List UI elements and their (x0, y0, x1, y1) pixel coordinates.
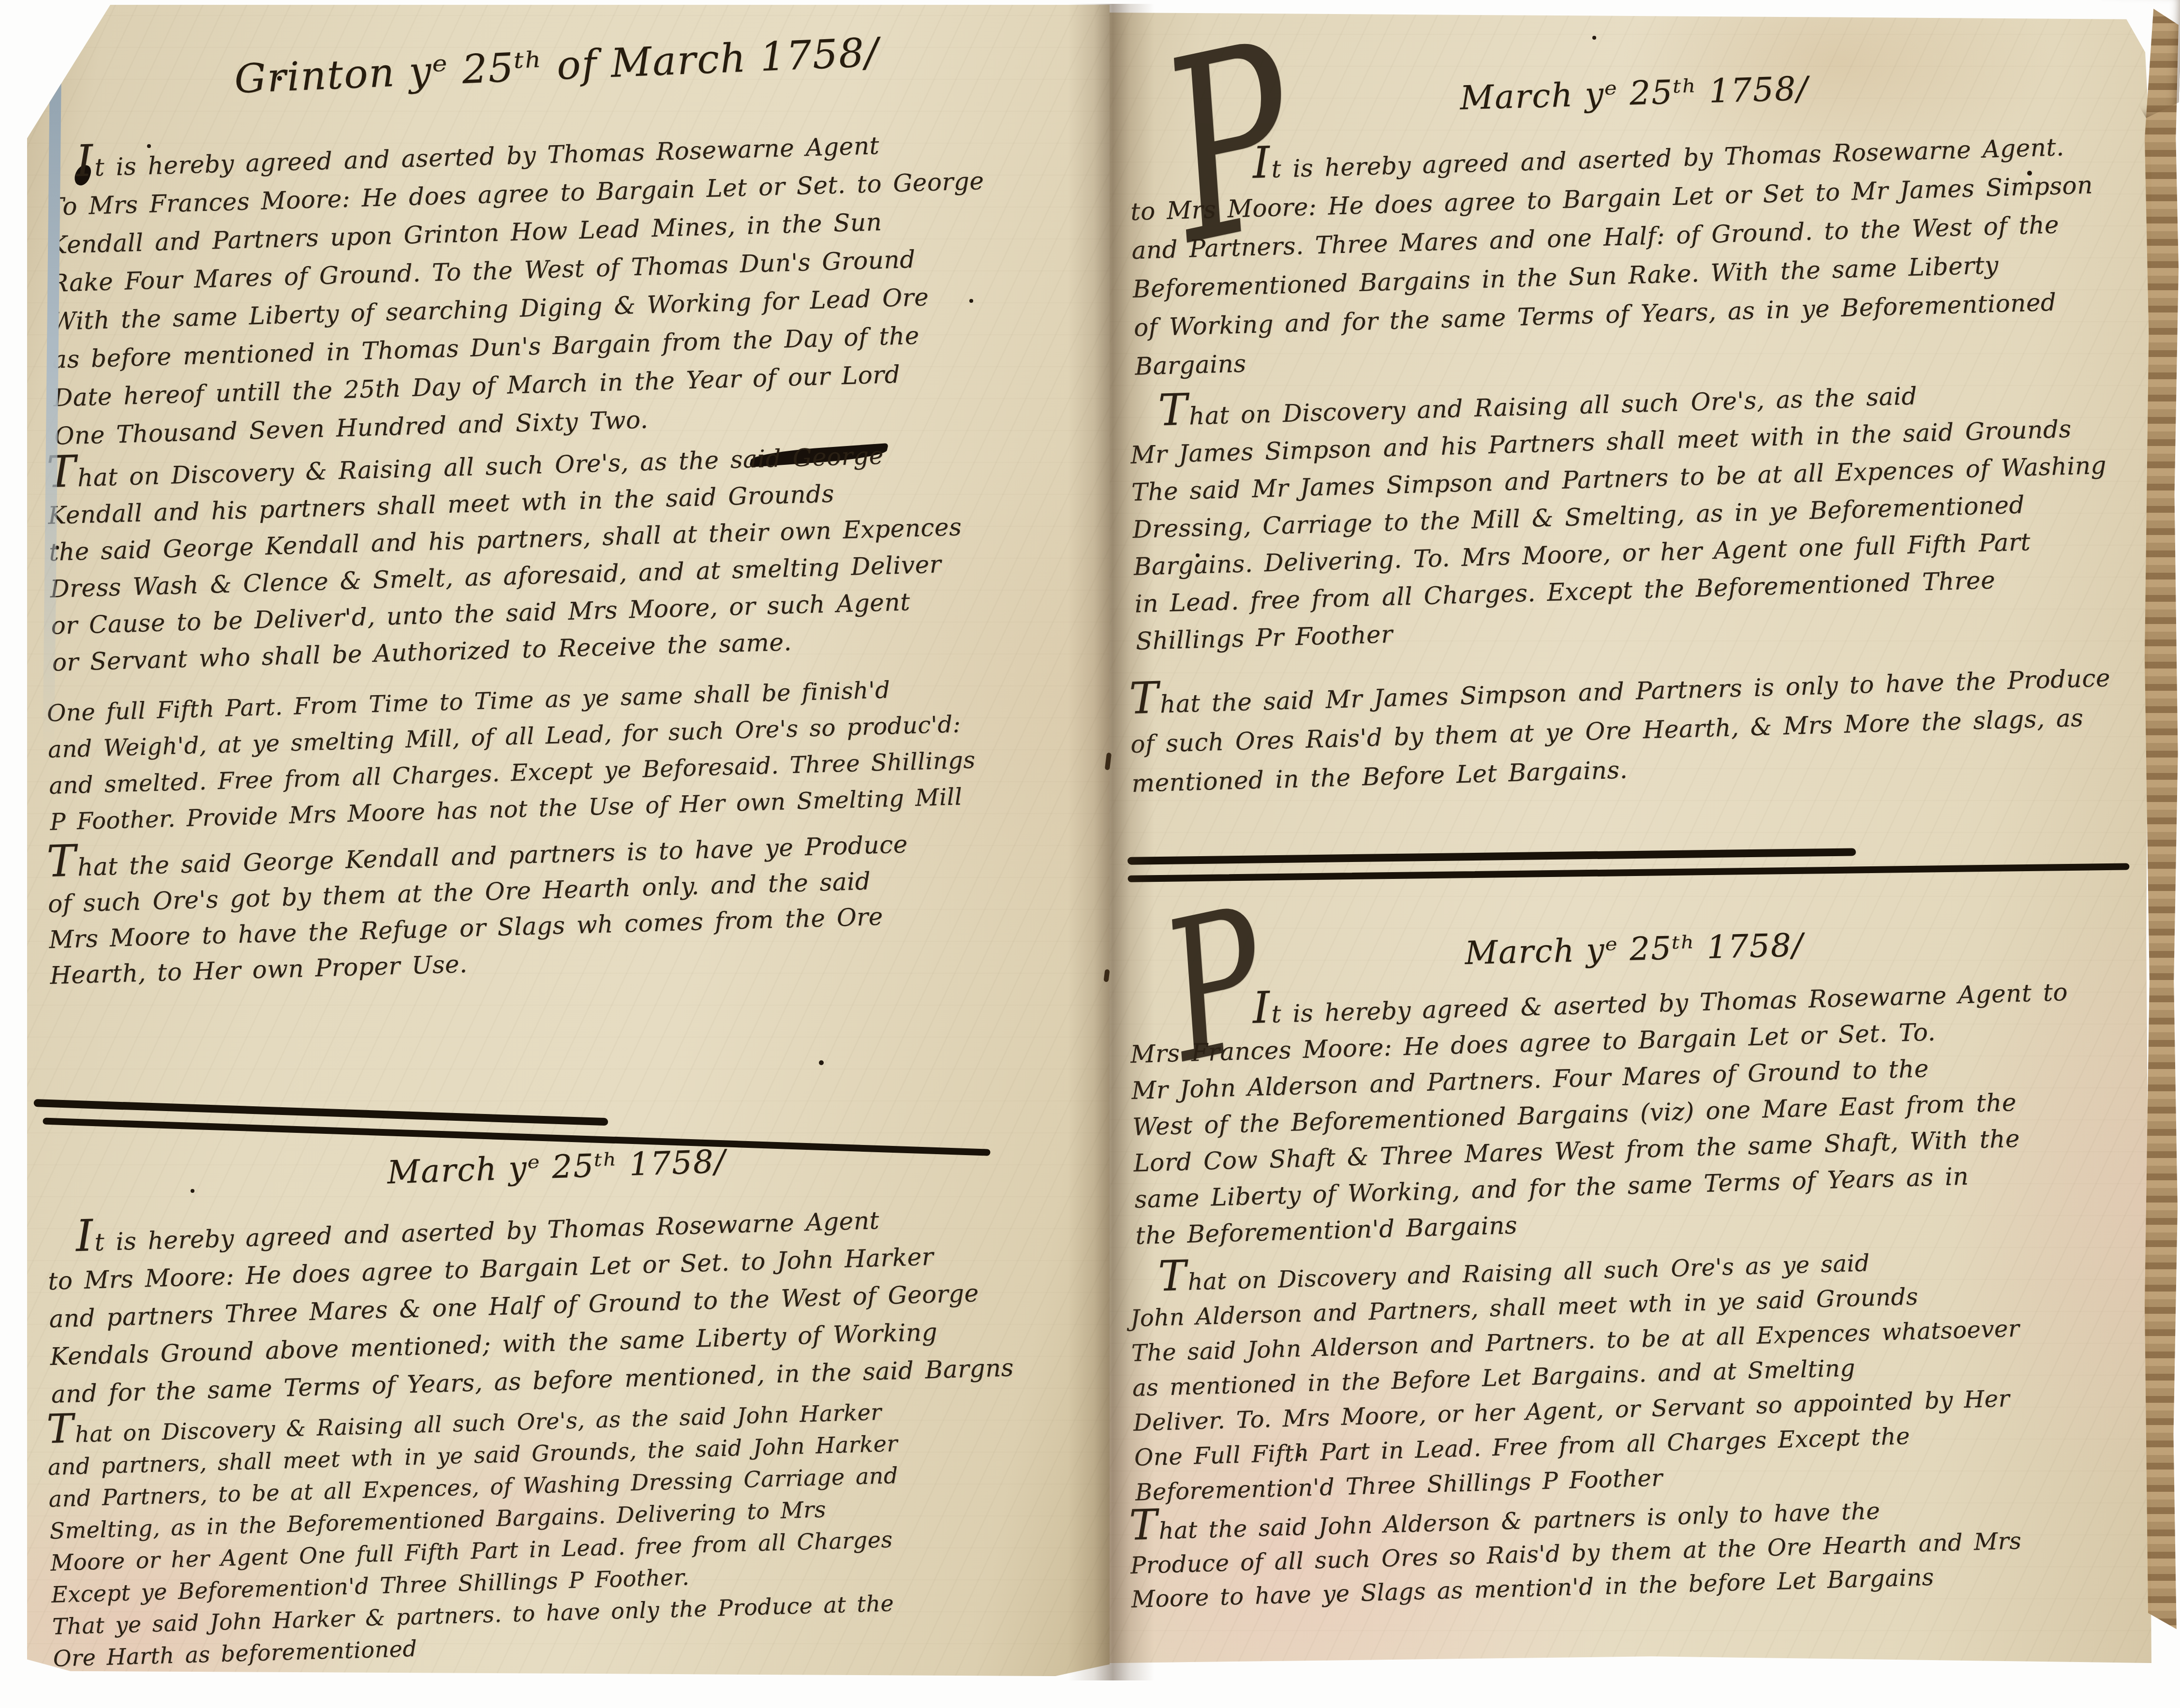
entry1-heading: Grinton yᵉ 25ᵗʰ of March 1758/ (58, 22, 1055, 110)
entry3-paragraph-3: That the said Mr James Simpson and Partn… (1129, 658, 2113, 803)
entry4-paragraph-3: That the said John Alderson & partners i… (1129, 1490, 2023, 1617)
page-left-content: Grinton yᵉ 25ᵗʰ of March 1758/ It is her… (27, 5, 1110, 1676)
entry3-heading: March yᵉ 25ᵗʰ 1758/ (1150, 61, 2118, 126)
divider-bar (1127, 848, 1856, 864)
page-right-content: P March yᵉ 25ᵗʰ 1758/ It is hereby agree… (1110, 13, 2151, 1663)
entry3-paragraph-2: That on Discovery and Raising all such O… (1129, 372, 2111, 660)
entry1-paragraph-3: One full Fifth Part. From Time to Time a… (46, 670, 977, 841)
book-fore-edge (2145, 9, 2179, 1629)
entry1-paragraph-4: That the said George Kendall and partner… (46, 826, 911, 994)
entry4-paragraph-2: That on Discovery and Raising all such O… (1129, 1242, 2024, 1510)
entry2-paragraph-2: That on Discovery & Raising all such Ore… (46, 1396, 904, 1675)
page-left: Grinton yᵉ 25ᵗʰ of March 1758/ It is her… (27, 5, 1110, 1676)
divider-bar (1127, 863, 2129, 882)
entry2-heading: March yᵉ 25ᵗʰ 1758/ (58, 1132, 1055, 1202)
section-divider-right (1117, 845, 2129, 882)
entry4-paragraph-1: It is hereby agreed & aserted by Thomas … (1129, 974, 2075, 1254)
entry4-heading: March yᵉ 25ᵗʰ 1758/ (1150, 919, 2118, 980)
entry3-paragraph-1: It is hereby agreed and aserted by Thoma… (1129, 127, 2098, 386)
entry1-paragraph-2: That on Discovery & Raising all such Ore… (46, 435, 965, 681)
page-right: P March yᵉ 25ᵗʰ 1758/ It is hereby agree… (1110, 13, 2151, 1663)
scanned-manuscript: Grinton yᵉ 25ᵗʰ of March 1758/ It is her… (0, 0, 2180, 1708)
entry1-paragraph-1: It is hereby agreed and aserted by Thoma… (46, 124, 991, 456)
entry2-paragraph-1: It is hereby agreed and aserted by Thoma… (46, 1198, 1014, 1413)
